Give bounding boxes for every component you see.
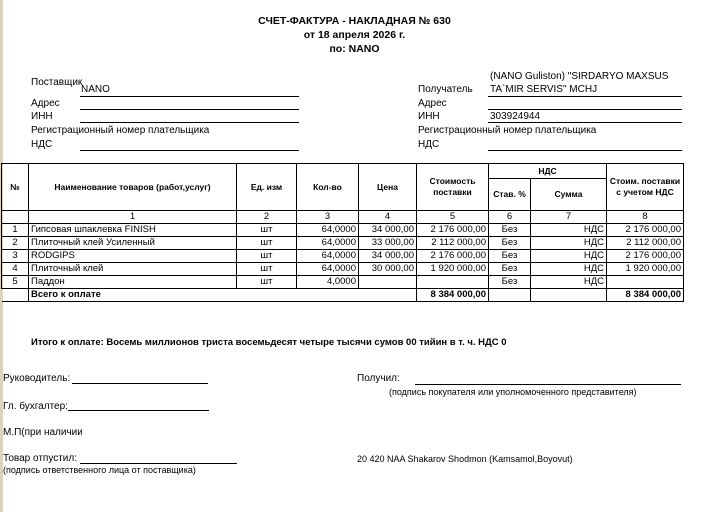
table-total-row: Всего к оплате 8 384 000,00 8 384 000,00 [2, 289, 684, 302]
row-cost: 2 176 000,00 [417, 224, 489, 237]
recipient-reg-label: Регистрационный номер плательщика [418, 125, 596, 136]
director-label: Руководитель: [3, 373, 70, 384]
row-num: 3 [2, 250, 29, 263]
header-price: Цена [359, 164, 417, 211]
row-unit: шт [237, 263, 297, 276]
index-cell: 8 [607, 211, 684, 224]
header-cost: Стоимость поставки [417, 164, 489, 211]
header-num: № [2, 164, 29, 211]
table-row: 3RODGIPSшт64,000034 000,002 176 000,00Бе… [2, 250, 684, 263]
supplier-address-label: Адрес [31, 98, 60, 109]
row-qty: 4,0000 [297, 276, 359, 289]
row-name: Паддон [29, 276, 237, 289]
row-name: Гипсовая шпаклевка FINISH [29, 224, 237, 237]
row-total [607, 276, 684, 289]
row-total: 2 176 000,00 [607, 224, 684, 237]
supplier-value: NANO [81, 84, 110, 95]
row-vat-sum: НДС [531, 276, 607, 289]
released-label: Товар отпустил: [3, 453, 77, 464]
row-vat-rate: Без [489, 276, 531, 289]
row-num: 4 [2, 263, 29, 276]
recipient-inn-value: 303924944 [490, 111, 540, 122]
agent-info: 20 420 NAA Shakarov Shodmon (Kamsamol,Bo… [357, 454, 573, 464]
row-price: 34 000,00 [359, 250, 417, 263]
received-note: (подпись покупателя или уполномоченного … [389, 387, 637, 397]
document-by: по: NANO [0, 42, 709, 56]
released-note: (подпись ответственного лица от поставщи… [3, 465, 196, 475]
supplier-address-field[interactable] [80, 109, 299, 110]
supplier-label: Поставщик [31, 77, 82, 88]
received-signature-line[interactable] [415, 384, 681, 385]
recipient-value-line1: (NANO Guliston) "SIRDARYO MAXSUS [490, 71, 668, 82]
total-vat-sum-empty [531, 289, 607, 302]
index-cell: 7 [531, 211, 607, 224]
table-body: 1Гипсовая шпаклевка FINISHшт64,000034 00… [2, 224, 684, 289]
header-vat-group: НДС [489, 164, 607, 179]
received-label: Получил: [357, 373, 400, 384]
total-vat-rate-empty [489, 289, 531, 302]
document-title: СЧЕТ-ФАКТУРА - НАКЛАДНАЯ № 630 [0, 14, 709, 28]
recipient-vat-label: НДС [418, 139, 439, 150]
header-qty: Кол-во [297, 164, 359, 211]
recipient-value-line2: TA`MIR SERVIS" MCHJ [490, 84, 597, 95]
row-cost: 2 176 000,00 [417, 250, 489, 263]
header-name: Наименование товаров (работ,услуг) [29, 164, 237, 211]
row-total: 1 920 000,00 [607, 263, 684, 276]
row-cost: 2 112 000,00 [417, 237, 489, 250]
recipient-vat-field[interactable] [488, 150, 682, 151]
row-name: Плиточный клей Усиленный [29, 237, 237, 250]
released-signature-line[interactable] [80, 463, 237, 464]
row-price: 34 000,00 [359, 224, 417, 237]
total-empty [2, 289, 29, 302]
index-cell: 4 [359, 211, 417, 224]
row-vat-rate: Без [489, 224, 531, 237]
total-with-vat: 8 384 000,00 [607, 289, 684, 302]
table-row: 2Плиточный клей Усиленныйшт64,000033 000… [2, 237, 684, 250]
row-cost [417, 276, 489, 289]
document-date: от 18 апреля 2026 г. [0, 28, 709, 42]
supplier-underline [80, 96, 299, 97]
recipient-inn-label: ИНН [418, 111, 440, 122]
table-row: 1Гипсовая шпаклевка FINISHшт64,000034 00… [2, 224, 684, 237]
header-unit: Ед. изм [237, 164, 297, 211]
row-price: 33 000,00 [359, 237, 417, 250]
row-total: 2 112 000,00 [607, 237, 684, 250]
row-vat-sum: НДС [531, 250, 607, 263]
index-cell: 3 [297, 211, 359, 224]
row-price [359, 276, 417, 289]
table-header-row: № Наименование товаров (работ,услуг) Ед.… [2, 164, 684, 179]
table-row: 4Плиточный клейшт64,000030 000,001 920 0… [2, 263, 684, 276]
index-cell: 5 [417, 211, 489, 224]
supplier-vat-label: НДС [31, 139, 52, 150]
row-vat-rate: Без [489, 250, 531, 263]
row-vat-sum: НДС [531, 237, 607, 250]
row-qty: 64,0000 [297, 250, 359, 263]
row-cost: 1 920 000,00 [417, 263, 489, 276]
recipient-address-field[interactable] [488, 109, 682, 110]
supplier-vat-field[interactable] [80, 150, 299, 151]
total-cost: 8 384 000,00 [417, 289, 489, 302]
row-unit: шт [237, 224, 297, 237]
row-unit: шт [237, 276, 297, 289]
row-vat-sum: НДС [531, 263, 607, 276]
header-total-with-vat: Стоим. поставки с учетом НДС [607, 164, 684, 211]
row-num: 1 [2, 224, 29, 237]
row-name: RODGIPS [29, 250, 237, 263]
accountant-label: Гл. бухгалтер: [3, 401, 68, 412]
row-qty: 64,0000 [297, 237, 359, 250]
header-vat-sum: Сумма [531, 179, 607, 211]
total-label: Всего к оплате [29, 289, 417, 302]
stamp-label: М.П(при наличии [3, 427, 82, 438]
recipient-underline [488, 96, 682, 97]
director-signature-line[interactable] [72, 383, 208, 384]
header-vat-rate: Став. % [489, 179, 531, 211]
invoice-table: № Наименование товаров (работ,услуг) Ед.… [1, 163, 684, 302]
recipient-label: Получатель [418, 84, 473, 95]
row-price: 30 000,00 [359, 263, 417, 276]
total-in-words: Итого к оплате: Восемь миллионов триста … [31, 337, 507, 348]
index-cell: 6 [489, 211, 531, 224]
row-qty: 64,0000 [297, 224, 359, 237]
index-cell: 1 [29, 211, 237, 224]
accountant-signature-line[interactable] [68, 410, 209, 411]
index-cell: 2 [237, 211, 297, 224]
document-header: СЧЕТ-ФАКТУРА - НАКЛАДНАЯ № 630 от 18 апр… [0, 14, 709, 56]
table-index-row: 1 2 3 4 5 6 7 8 [2, 211, 684, 224]
supplier-reg-label: Регистрационный номер плательщика [31, 125, 209, 136]
supplier-inn-label: ИНН [31, 111, 53, 122]
row-total: 2 176 000,00 [607, 250, 684, 263]
recipient-address-label: Адрес [418, 98, 447, 109]
row-unit: шт [237, 237, 297, 250]
supplier-inn-field[interactable] [80, 122, 299, 123]
table-row: 5Паддоншт4,0000БезНДС [2, 276, 684, 289]
row-vat-rate: Без [489, 263, 531, 276]
index-cell-empty [2, 211, 29, 224]
row-vat-rate: Без [489, 237, 531, 250]
recipient-inn-field[interactable] [488, 122, 682, 123]
row-num: 5 [2, 276, 29, 289]
row-num: 2 [2, 237, 29, 250]
row-vat-sum: НДС [531, 224, 607, 237]
row-qty: 64,0000 [297, 263, 359, 276]
row-name: Плиточный клей [29, 263, 237, 276]
row-unit: шт [237, 250, 297, 263]
